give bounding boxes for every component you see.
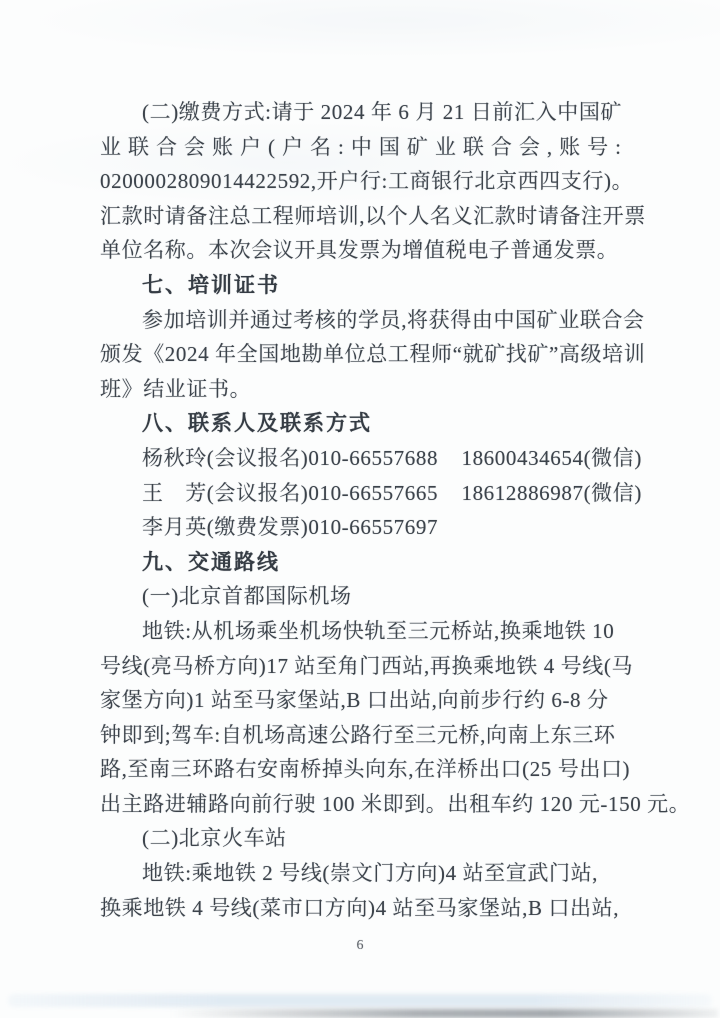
doc-line: 出主路进辅路向前行驶 100 米即到。出租车约 120 元-150 元。 [100,787,648,822]
doc-line: 王 芳(会议报名)010-66557665 18612886987(微信) [100,476,648,511]
doc-line: 地铁:乘地铁 2 号线(崇文门方向)4 站至宣武门站, [100,856,648,891]
doc-line: 路,至南三环路右安南桥掉头向东,在洋桥出口(25 号出口) [100,752,648,787]
doc-line: (二)缴费方式:请于 2024 年 6 月 21 日前汇入中国矿 [100,95,648,130]
doc-line: 地铁:从机场乘坐机场快轨至三元桥站,换乘地铁 10 [100,614,648,649]
section-heading: 七、培训证书 [100,268,648,303]
doc-line: 单位名称。本次会议开具发票为增值税电子普通发票。 [100,233,648,268]
doc-line: 0200002809014422592,开户行:工商银行北京西四支行)。 [100,164,648,199]
doc-line: 换乘地铁 4 号线(菜市口方向)4 站至马家堡站,B 口出站, [100,891,648,926]
doc-line: 参加培训并通过考核的学员,将获得由中国矿业联合会 [100,303,648,338]
doc-line: 钟即到;驾车:自机场高速公路行至三元桥,向南上东三环 [100,718,648,753]
doc-line: (一)北京首都国际机场 [100,579,648,614]
doc-line: 班》结业证书。 [100,372,648,407]
doc-line: (二)北京火车站 [100,821,648,856]
doc-line: 颁发《2024 年全国地勘单位总工程师“就矿找矿”高级培训 [100,337,648,372]
scan-artifact-smudge [170,1009,718,1018]
section-heading: 九、交通路线 [100,545,648,580]
document-page: (二)缴费方式:请于 2024 年 6 月 21 日前汇入中国矿业联合会账户(户… [0,0,720,1018]
page-number: 6 [0,938,720,954]
doc-line: 杨秋玲(会议报名)010-66557688 18600434654(微信) [100,441,648,476]
doc-line: 汇款时请备注总工程师培训,以个人名义汇款时请备注开票 [100,199,648,234]
section-heading: 八、联系人及联系方式 [100,406,648,441]
doc-line: 李月英(缴费发票)010-66557697 [100,510,648,545]
doc-line: 业联合会账户(户名:中国矿业联合会,账号: [100,130,648,165]
doc-line: 号线(亮马桥方向)17 站至角门西站,再换乘地铁 4 号线(马 [100,649,648,684]
scan-artifact-band [8,994,712,1007]
doc-line: 家堡方向)1 站至马家堡站,B 口出站,向前步行约 6-8 分 [100,683,648,718]
document-body: (二)缴费方式:请于 2024 年 6 月 21 日前汇入中国矿业联合会账户(户… [100,95,648,925]
